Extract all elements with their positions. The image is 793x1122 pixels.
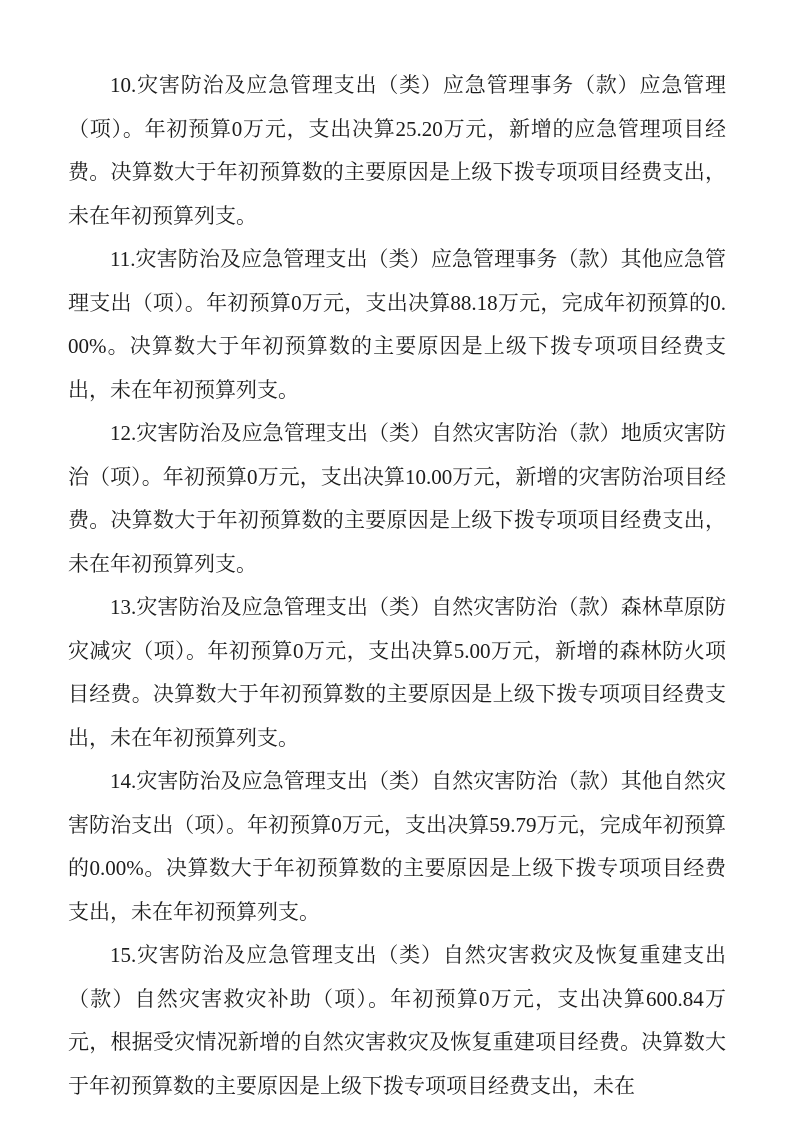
paragraph-item-12: 12.灾害防治及应急管理支出（类）自然灾害防治（款）地质灾害防治（项）。年初预算… — [68, 412, 726, 586]
document-page: 10.灾害防治及应急管理支出（类）应急管理事务（款）应急管理（项）。年初预算0万… — [0, 0, 793, 1122]
paragraph-item-11: 11.灾害防治及应急管理支出（类）应急管理事务（款）其他应急管理支出（项）。年初… — [68, 238, 726, 412]
paragraph-item-10: 10.灾害防治及应急管理支出（类）应急管理事务（款）应急管理（项）。年初预算0万… — [68, 64, 726, 238]
paragraph-item-13: 13.灾害防治及应急管理支出（类）自然灾害防治（款）森林草原防灾减灾（项）。年初… — [68, 586, 726, 760]
document-body: 10.灾害防治及应急管理支出（类）应急管理事务（款）应急管理（项）。年初预算0万… — [68, 64, 726, 1108]
paragraph-item-15: 15.灾害防治及应急管理支出（类）自然灾害救灾及恢复重建支出（款）自然灾害救灾补… — [68, 934, 726, 1108]
paragraph-item-14: 14.灾害防治及应急管理支出（类）自然灾害防治（款）其他自然灾害防治支出（项）。… — [68, 760, 726, 934]
